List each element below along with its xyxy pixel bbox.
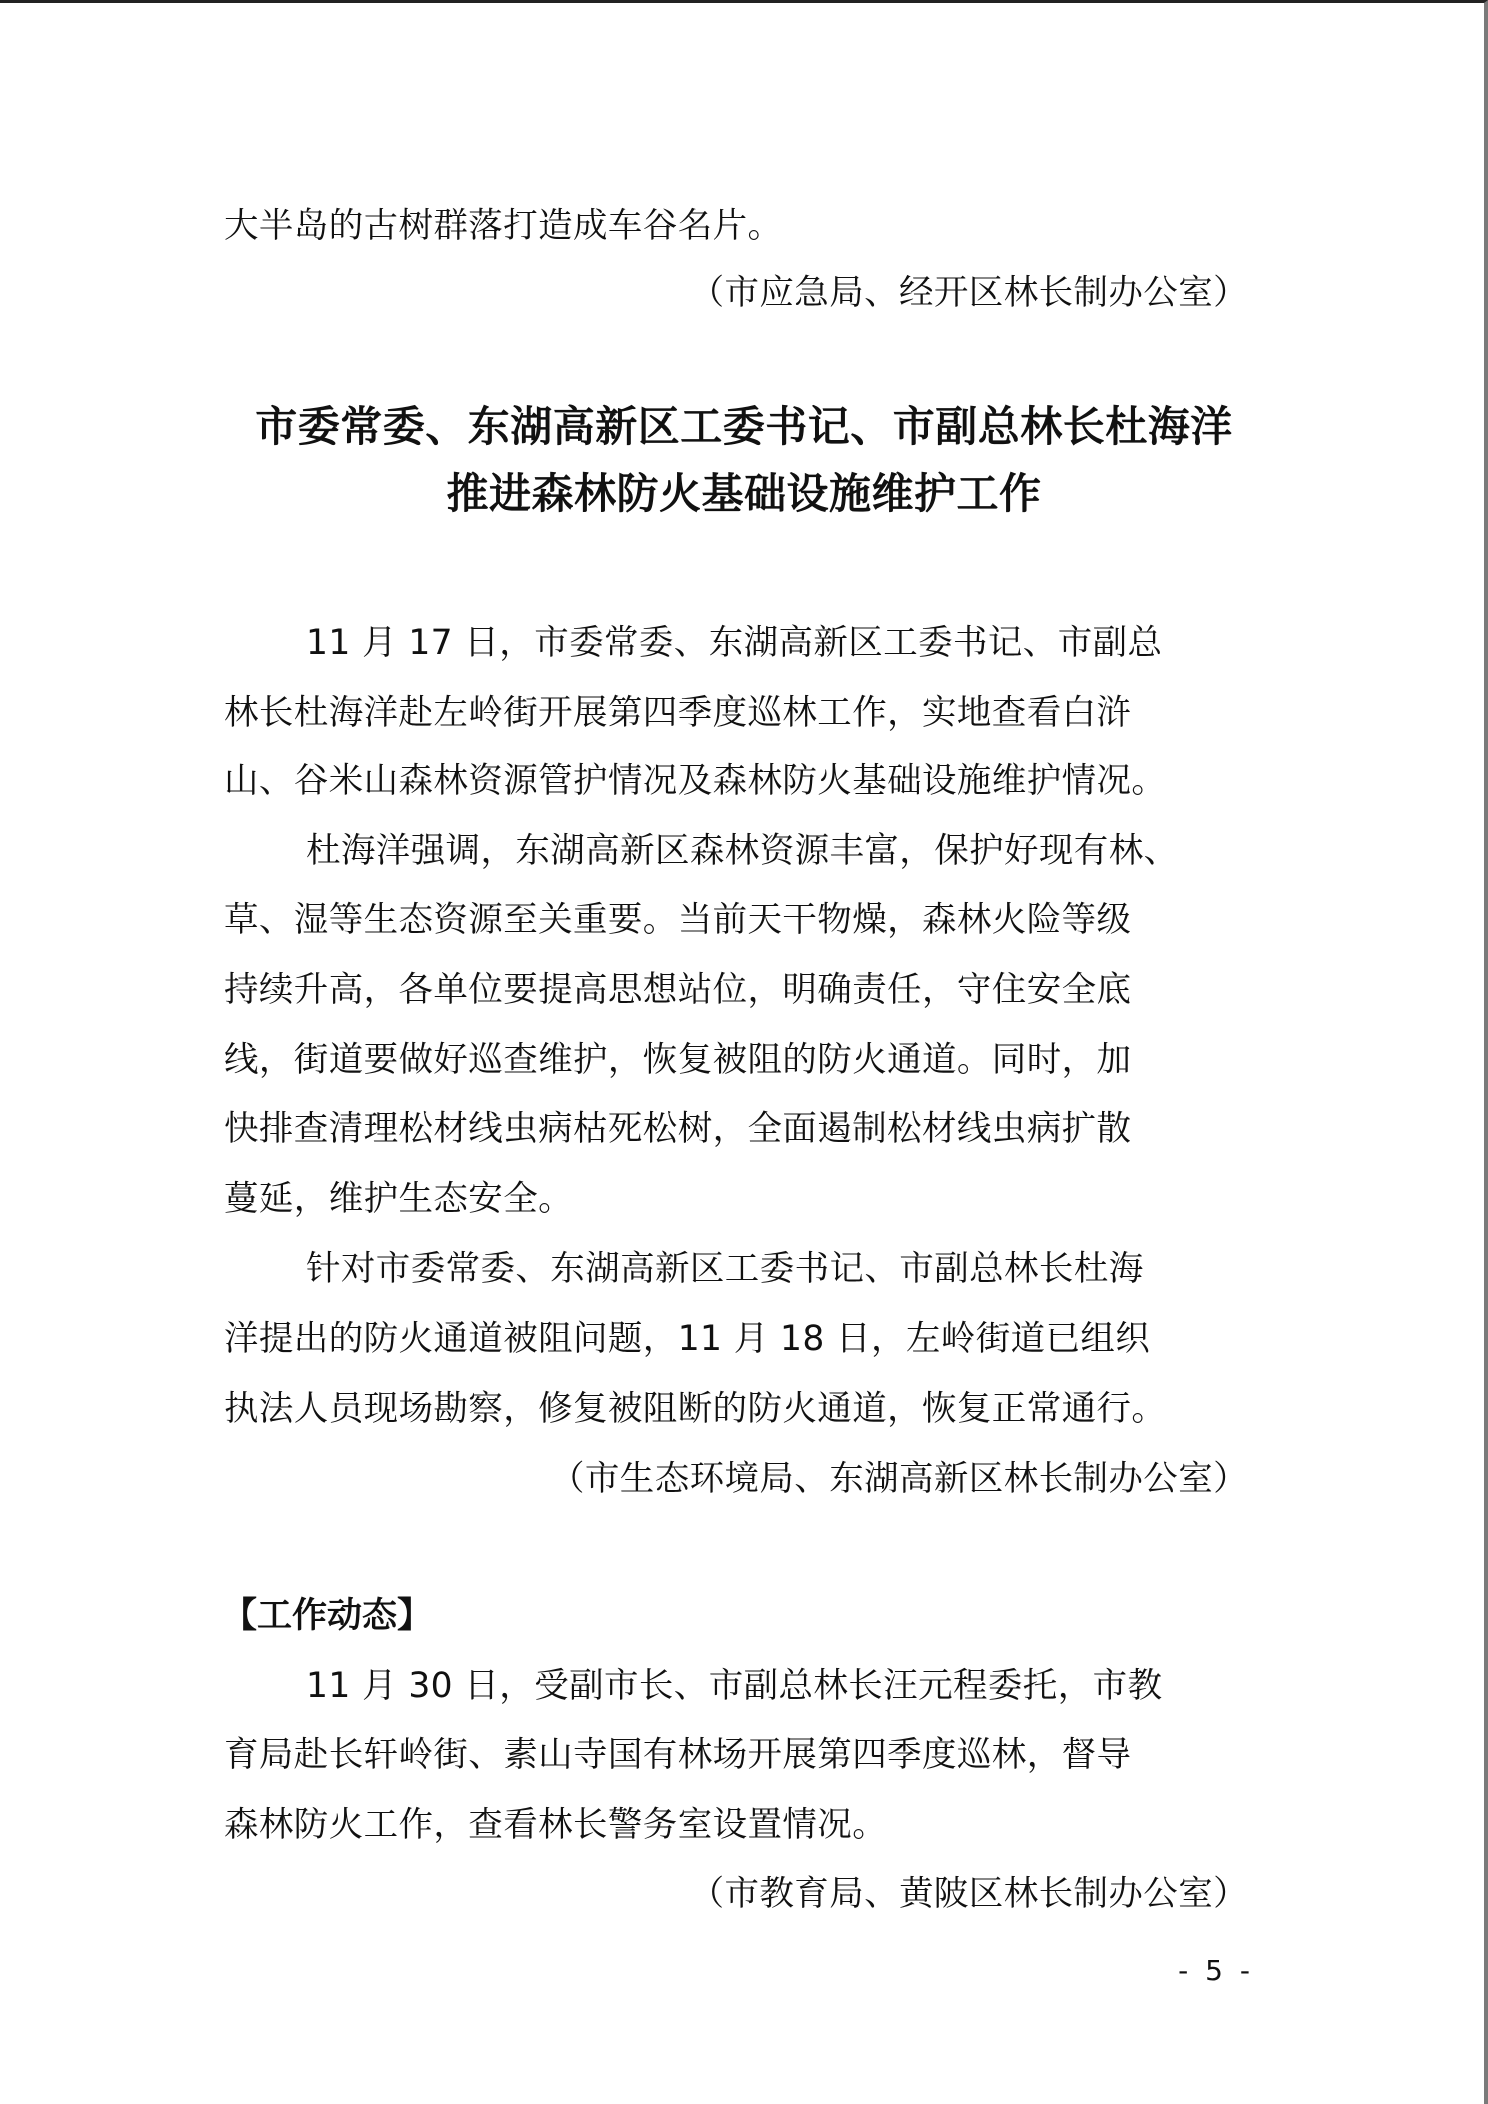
document-page: 大半岛的古树群落打造成车谷名片。 （市应急局、经开区林长制办公室） 市委常委、东…	[0, 0, 1488, 2104]
paragraph-2-line-1: 杜海洋强调，东湖高新区森林资源丰富，保护好现有林、	[306, 831, 1346, 871]
paragraph-1-line-2: 林长杜海洋赴左岭街开展第四季度巡林工作，实地查看白浒	[224, 693, 1264, 733]
paragraph-2-line-3: 持续升高，各单位要提高思想站位，明确责任，守住安全底	[224, 970, 1264, 1010]
paragraph-2-line-4: 线，街道要做好巡查维护，恢复被阻的防火通道。同时，加	[224, 1040, 1264, 1080]
article-attribution: （市生态环境局、东湖高新区林长制办公室）	[550, 1459, 1248, 1499]
intro-text-line: 大半岛的古树群落打造成车谷名片。	[224, 206, 1264, 246]
work-dynamics-line-1: 11 月 30 日，受副市长、市副总林长汪元程委托，市教	[306, 1666, 1346, 1706]
work-dynamics-attribution: （市教育局、黄陂区林长制办公室）	[690, 1874, 1248, 1914]
paragraph-3-line-1: 针对市委常委、东湖高新区工委书记、市副总林长杜海	[306, 1249, 1346, 1289]
page-number: - 5 -	[1178, 1955, 1254, 1987]
intro-attribution: （市应急局、经开区林长制办公室）	[690, 273, 1248, 313]
article-title-line-2: 推进森林防火基础设施维护工作	[0, 470, 1488, 518]
article-title-line-1: 市委常委、东湖高新区工委书记、市副总林长杜海洋	[0, 403, 1488, 451]
paragraph-2-line-5: 快排查清理松材线虫病枯死松树，全面遏制松材线虫病扩散	[224, 1109, 1264, 1149]
work-dynamics-line-3: 森林防火工作，查看林长警务室设置情况。	[224, 1805, 1264, 1845]
section-heading-work-dynamics: 【工作动态】	[222, 1596, 432, 1636]
paragraph-3-line-3: 执法人员现场勘察，修复被阻断的防火通道，恢复正常通行。	[224, 1389, 1264, 1429]
paragraph-2-line-2: 草、湿等生态资源至关重要。当前天干物燥，森林火险等级	[224, 900, 1264, 940]
paragraph-3-line-2: 洋提出的防火通道被阻问题，11 月 18 日，左岭街道已组织	[224, 1319, 1264, 1359]
paragraph-1-line-3: 山、谷米山森林资源管护情况及森林防火基础设施维护情况。	[224, 761, 1264, 801]
paragraph-1-line-1: 11 月 17 日，市委常委、东湖高新区工委书记、市副总	[306, 623, 1346, 663]
paragraph-2-line-6: 蔓延，维护生态安全。	[224, 1179, 1264, 1219]
work-dynamics-line-2: 育局赴长轩岭街、素山寺国有林场开展第四季度巡林，督导	[224, 1735, 1264, 1775]
